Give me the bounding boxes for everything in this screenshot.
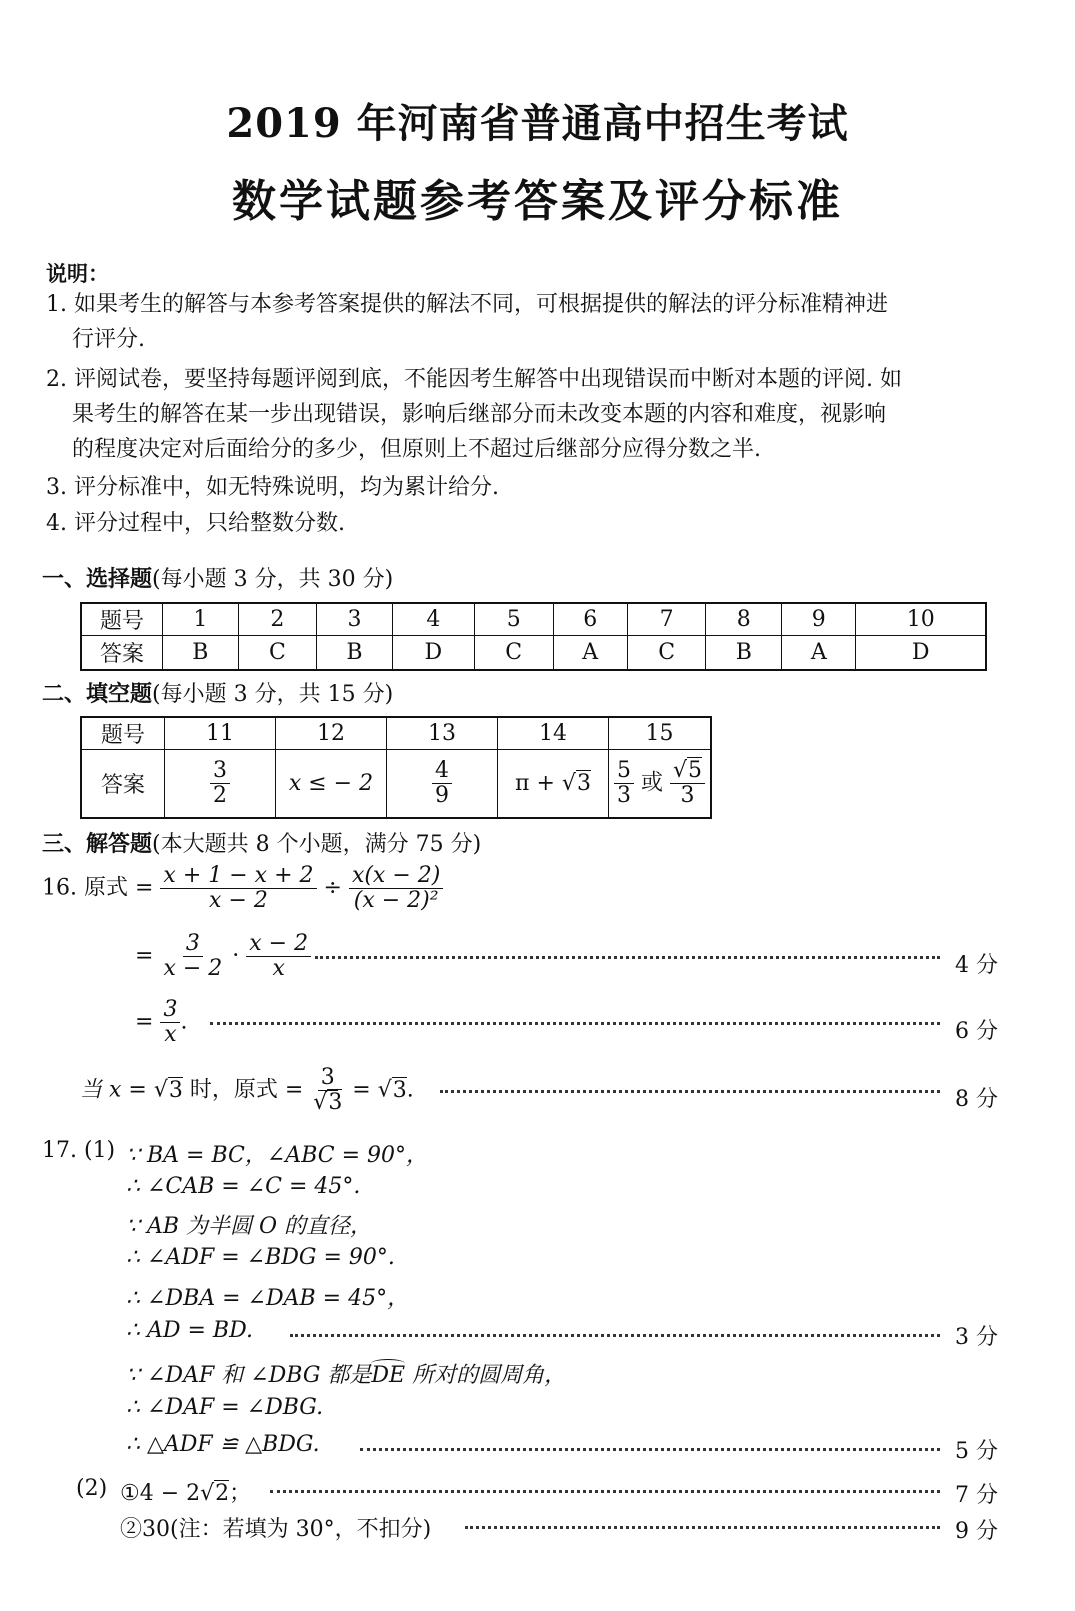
q17-line: ∵ AB 为半圆 O 的直径， — [126, 1209, 372, 1240]
answer-cell: B — [163, 636, 239, 670]
question-number: 1 — [163, 603, 239, 636]
score-label: 7 分 — [955, 1478, 998, 1509]
notes-heading: 说明： — [46, 258, 109, 288]
row-label: 答案 — [81, 636, 163, 670]
section1-desc: (每小题 3 分，共 30 分) — [152, 567, 393, 592]
fraction: 3x — [160, 998, 180, 1047]
fraction: x(x − 2)(x − 2)² — [349, 864, 443, 913]
answer-cell: C — [627, 636, 706, 670]
fraction: 53 — [614, 759, 634, 808]
q17-part2-1: ①4 − 2√2； — [120, 1476, 251, 1507]
section1-heading: 一、选择题(每小题 3 分，共 30 分) — [42, 562, 393, 593]
table-row: 题号 11 12 13 14 15 — [81, 717, 711, 750]
score-label: 6 分 — [955, 1014, 998, 1045]
section2-heading: 二、填空题(每小题 3 分，共 15 分) — [42, 677, 393, 708]
score-label: 5 分 — [955, 1434, 998, 1465]
section3-desc: (本大题共 8 个小题，满分 75 分) — [152, 832, 481, 857]
q17-line: ∴ ∠ADF = ∠BDG = 90°. — [126, 1245, 395, 1270]
q17-line: ∴ △ADF ≌ △BDG. — [126, 1432, 320, 1457]
q17-label: 17. (1) — [42, 1138, 115, 1163]
q17-line: ∴ ∠DBA = ∠DAB = 45°， — [126, 1281, 409, 1312]
answer-cell: A — [782, 636, 856, 670]
arc-symbol: DE — [371, 1363, 405, 1388]
question-number: 5 — [474, 603, 553, 636]
q17-part2-2: ②30(注：若填为 30°，不扣分) — [120, 1512, 431, 1543]
answer-cell: π + √3 — [498, 750, 609, 818]
fraction: 3√3 — [310, 1066, 345, 1115]
question-number: 2 — [238, 603, 317, 636]
answer-cell: C — [474, 636, 553, 670]
section3-heading: 三、解答题(本大题共 8 个小题，满分 75 分) — [42, 827, 481, 858]
fill-answer-table: 题号 11 12 13 14 15 答案 32 x ≤ − 2 49 π + √… — [80, 716, 712, 819]
q16-step4: 当 x = √3 时，原式 = 3√3 = √3. — [80, 1066, 414, 1115]
q17-line: ∴ ∠DAF = ∠DBG. — [126, 1395, 323, 1420]
document-title: 2019 年河南省普通高中招生考试 — [0, 92, 1075, 149]
q17-line: ∴ AD = BD. — [126, 1318, 253, 1343]
q17-line: ∵ BA = BC，∠ABC = 90°， — [126, 1138, 428, 1169]
question-number: 11 — [165, 717, 276, 750]
q17-line: ∴ ∠CAB = ∠C = 45°. — [126, 1174, 360, 1199]
fraction: 3x − 2 — [160, 932, 225, 981]
answer-cell: D — [392, 636, 474, 670]
q17-part2-label: (2) — [76, 1476, 107, 1501]
table-row: 题号 1 2 3 4 5 6 7 8 9 10 — [81, 603, 986, 636]
row-label: 题号 — [81, 603, 163, 636]
answer-cell: B — [706, 636, 782, 670]
score-label: 4 分 — [955, 948, 998, 979]
section1-title: 一、选择题 — [42, 567, 152, 592]
note-2c: 的程度决定对后面给分的多少，但原则上不超过后继部分应得分数之半. — [72, 432, 761, 468]
note-2a: 2. 评阅试卷，要坚持每题评阅到底，不能因考生解答中出现错误而中断对本题的评阅.… — [46, 362, 902, 398]
fraction: x + 1 − x + 2x − 2 — [160, 864, 316, 913]
fraction: √53 — [670, 759, 705, 808]
question-number: 15 — [609, 717, 712, 750]
answer-cell: x ≤ − 2 — [276, 750, 387, 818]
answer-cell: C — [238, 636, 317, 670]
note-4: 4. 评分过程中，只给整数分数. — [46, 506, 345, 542]
question-number: 9 — [782, 603, 856, 636]
fraction: x − 2x — [246, 932, 311, 981]
question-number: 3 — [317, 603, 393, 636]
section3-title: 三、解答题 — [42, 832, 152, 857]
answer-cell: 53 或 √53 — [609, 750, 712, 818]
row-label: 答案 — [81, 750, 165, 818]
question-number: 7 — [627, 603, 706, 636]
answer-cell: D — [856, 636, 986, 670]
question-number: 6 — [553, 603, 627, 636]
score-label: 9 分 — [955, 1514, 998, 1545]
answer-cell: B — [317, 636, 393, 670]
q16-step3: = 3x. — [135, 998, 187, 1047]
fraction: 49 — [432, 759, 452, 808]
section2-title: 二、填空题 — [42, 682, 152, 707]
q17-arc-line: ∵ ∠DAF 和 ∠DBG 都是DE 所对的圆周角， — [126, 1358, 566, 1389]
q16-step2: = 3x − 2 · x − 2x — [135, 932, 311, 981]
document-subtitle: 数学试题参考答案及评分标准 — [0, 165, 1075, 229]
table-row: 答案 B C B D C A C B A D — [81, 636, 986, 670]
answer-cell: 49 — [387, 750, 498, 818]
question-number: 10 — [856, 603, 986, 636]
row-label: 题号 — [81, 717, 165, 750]
choice-answer-table: 题号 1 2 3 4 5 6 7 8 9 10 答案 B C B D C A C… — [80, 602, 987, 671]
section2-desc: (每小题 3 分，共 15 分) — [152, 682, 393, 707]
answer-cell: 32 — [165, 750, 276, 818]
question-number: 8 — [706, 603, 782, 636]
question-number: 14 — [498, 717, 609, 750]
question-number: 4 — [392, 603, 474, 636]
question-number: 12 — [276, 717, 387, 750]
fraction: 32 — [210, 759, 230, 808]
score-label: 3 分 — [955, 1320, 998, 1351]
note-2b: 果考生的解答在某一步出现错误，影响后继部分而未改变本题的内容和难度，视影响 — [72, 397, 886, 433]
question-number: 13 — [387, 717, 498, 750]
score-label: 8 分 — [955, 1082, 998, 1113]
note-3: 3. 评分标准中，如无特殊说明，均为累计给分. — [46, 470, 499, 506]
answer-cell: A — [553, 636, 627, 670]
note-1a: 1. 如果考生的解答与本参考答案提供的解法不同，可根据提供的解法的评分标准精神进 — [46, 287, 888, 323]
table-row: 答案 32 x ≤ − 2 49 π + √3 53 或 √53 — [81, 750, 711, 818]
note-1b: 行评分. — [72, 322, 145, 358]
q16-step1: 16. 原式 = x + 1 − x + 2x − 2 ÷ x(x − 2)(x… — [42, 864, 443, 913]
